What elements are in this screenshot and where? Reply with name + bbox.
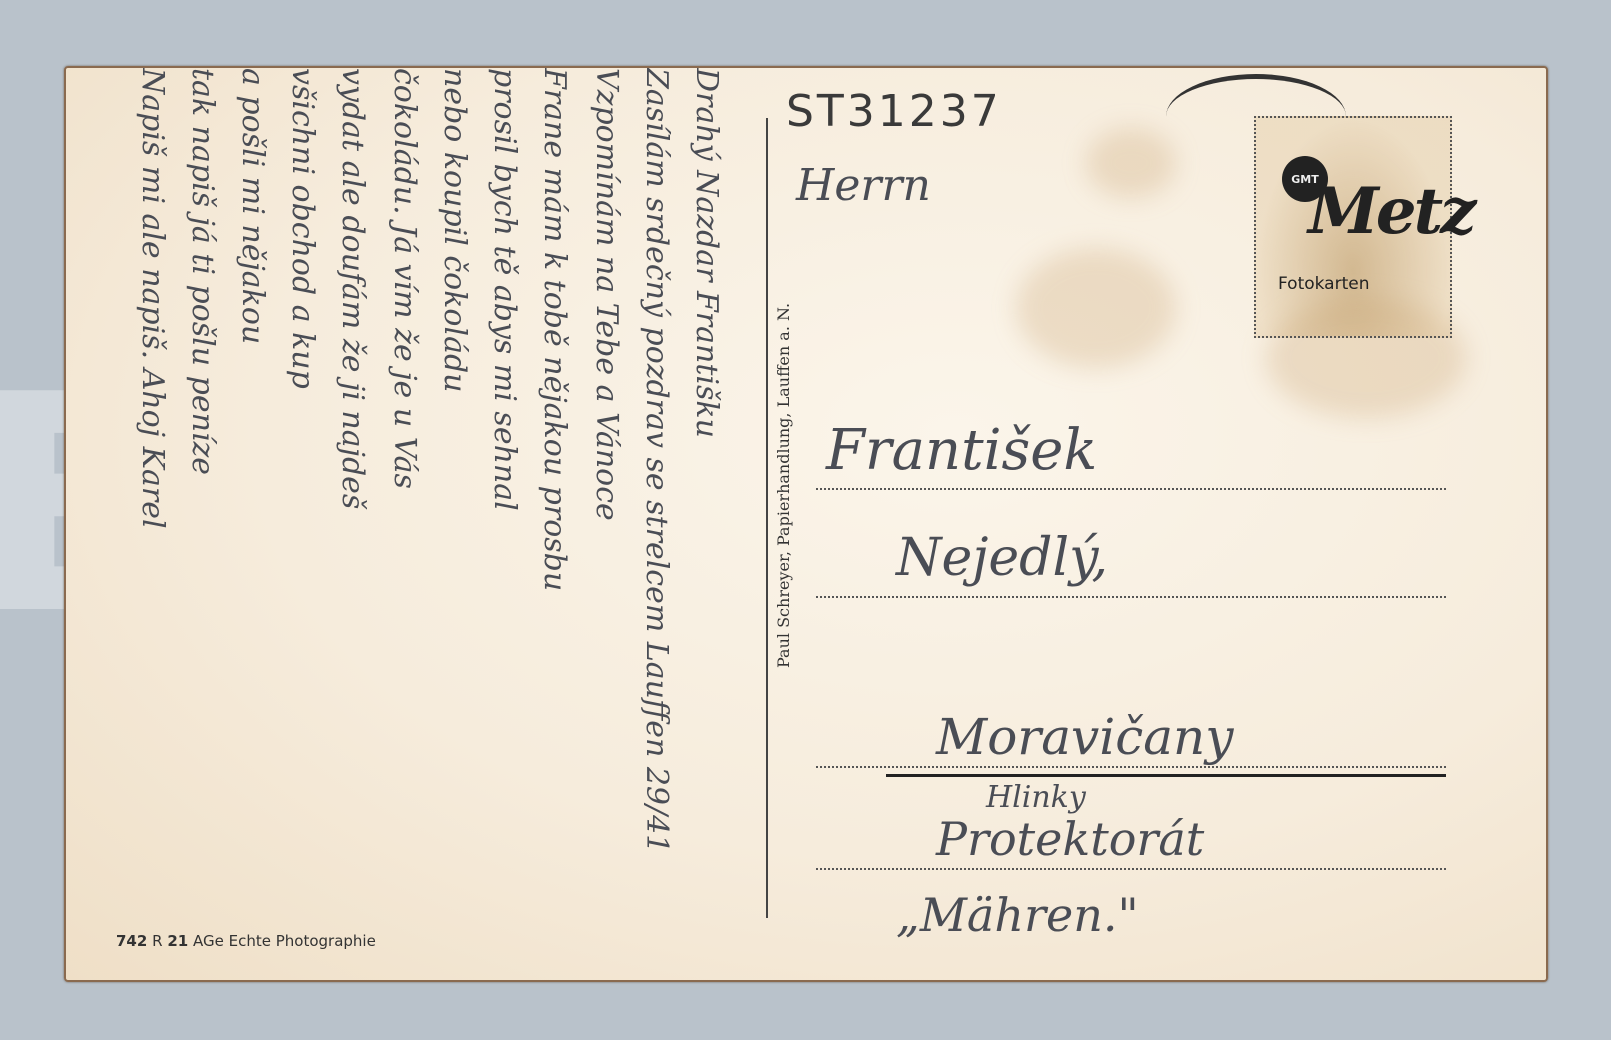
address-line: [816, 488, 1446, 490]
address-underline: [886, 774, 1446, 777]
center-divider: [766, 118, 768, 918]
address-first-name: František: [826, 418, 1097, 483]
message-line: čokoládu. Já vím že je u Vás: [387, 68, 422, 489]
stamp-box: GMT Metz Fotokarten: [1254, 116, 1452, 338]
series-code: 742 R 21 AGe Echte Photographie: [116, 932, 376, 950]
series-label: Echte Photographie: [229, 932, 376, 950]
series-sub: 21: [167, 932, 188, 950]
series-letter: R: [152, 932, 162, 950]
address-salutation: Herrn: [796, 160, 931, 211]
address-region: Protektorát: [936, 812, 1204, 866]
inventory-number: ST31237: [786, 86, 1002, 137]
address-district: Hlinky: [986, 780, 1086, 815]
message-line: prosil bych tě abys mi sehnal: [487, 68, 522, 511]
message-line: Napiš mi ale napiš. Ahoj Karel: [135, 68, 170, 529]
metz-subtitle: Fotokarten: [1278, 274, 1370, 294]
message-line: vydat ale doufám že ji najdeš: [335, 68, 370, 509]
message-line: tak napiš já ti pošlu peníze: [185, 68, 220, 475]
publisher-imprint: Paul Schreyer, Papierhandlung, Lauffen a…: [774, 303, 793, 668]
series-number: 742: [116, 932, 147, 950]
postcard-back: ST31237 GMT Metz Fotokarten Paul Schreye…: [64, 66, 1548, 982]
message-line: Frane mám k tobě nějakou prosbu: [537, 68, 572, 591]
address-line: [816, 868, 1446, 870]
message-line: nebo koupil čokoládu: [437, 68, 472, 392]
metz-brand: Metz: [1308, 174, 1473, 249]
message-line: Vzpomínám na Tebe a Vánoce: [589, 68, 624, 521]
address-town: Moravičany: [936, 708, 1234, 766]
address-line: [816, 766, 1446, 768]
message-line: Drahý Nazdar Františku: [689, 68, 724, 438]
stain: [1016, 248, 1176, 368]
series-maker: AGe: [193, 932, 224, 950]
handwritten-message: Drahý Nazdar Františku Zasílám srdečný p…: [94, 68, 754, 968]
message-line: všichni obchod a kup: [285, 68, 320, 389]
address-line: [816, 596, 1446, 598]
address-state: „Mähren.": [896, 888, 1139, 942]
message-line: a pošli mi nějakou: [235, 68, 270, 344]
stain: [1086, 128, 1176, 198]
address-last-name: Nejedlý,: [896, 528, 1108, 588]
message-line: Zasílám srdečný pozdrav se strelcem Lauf…: [639, 68, 674, 853]
